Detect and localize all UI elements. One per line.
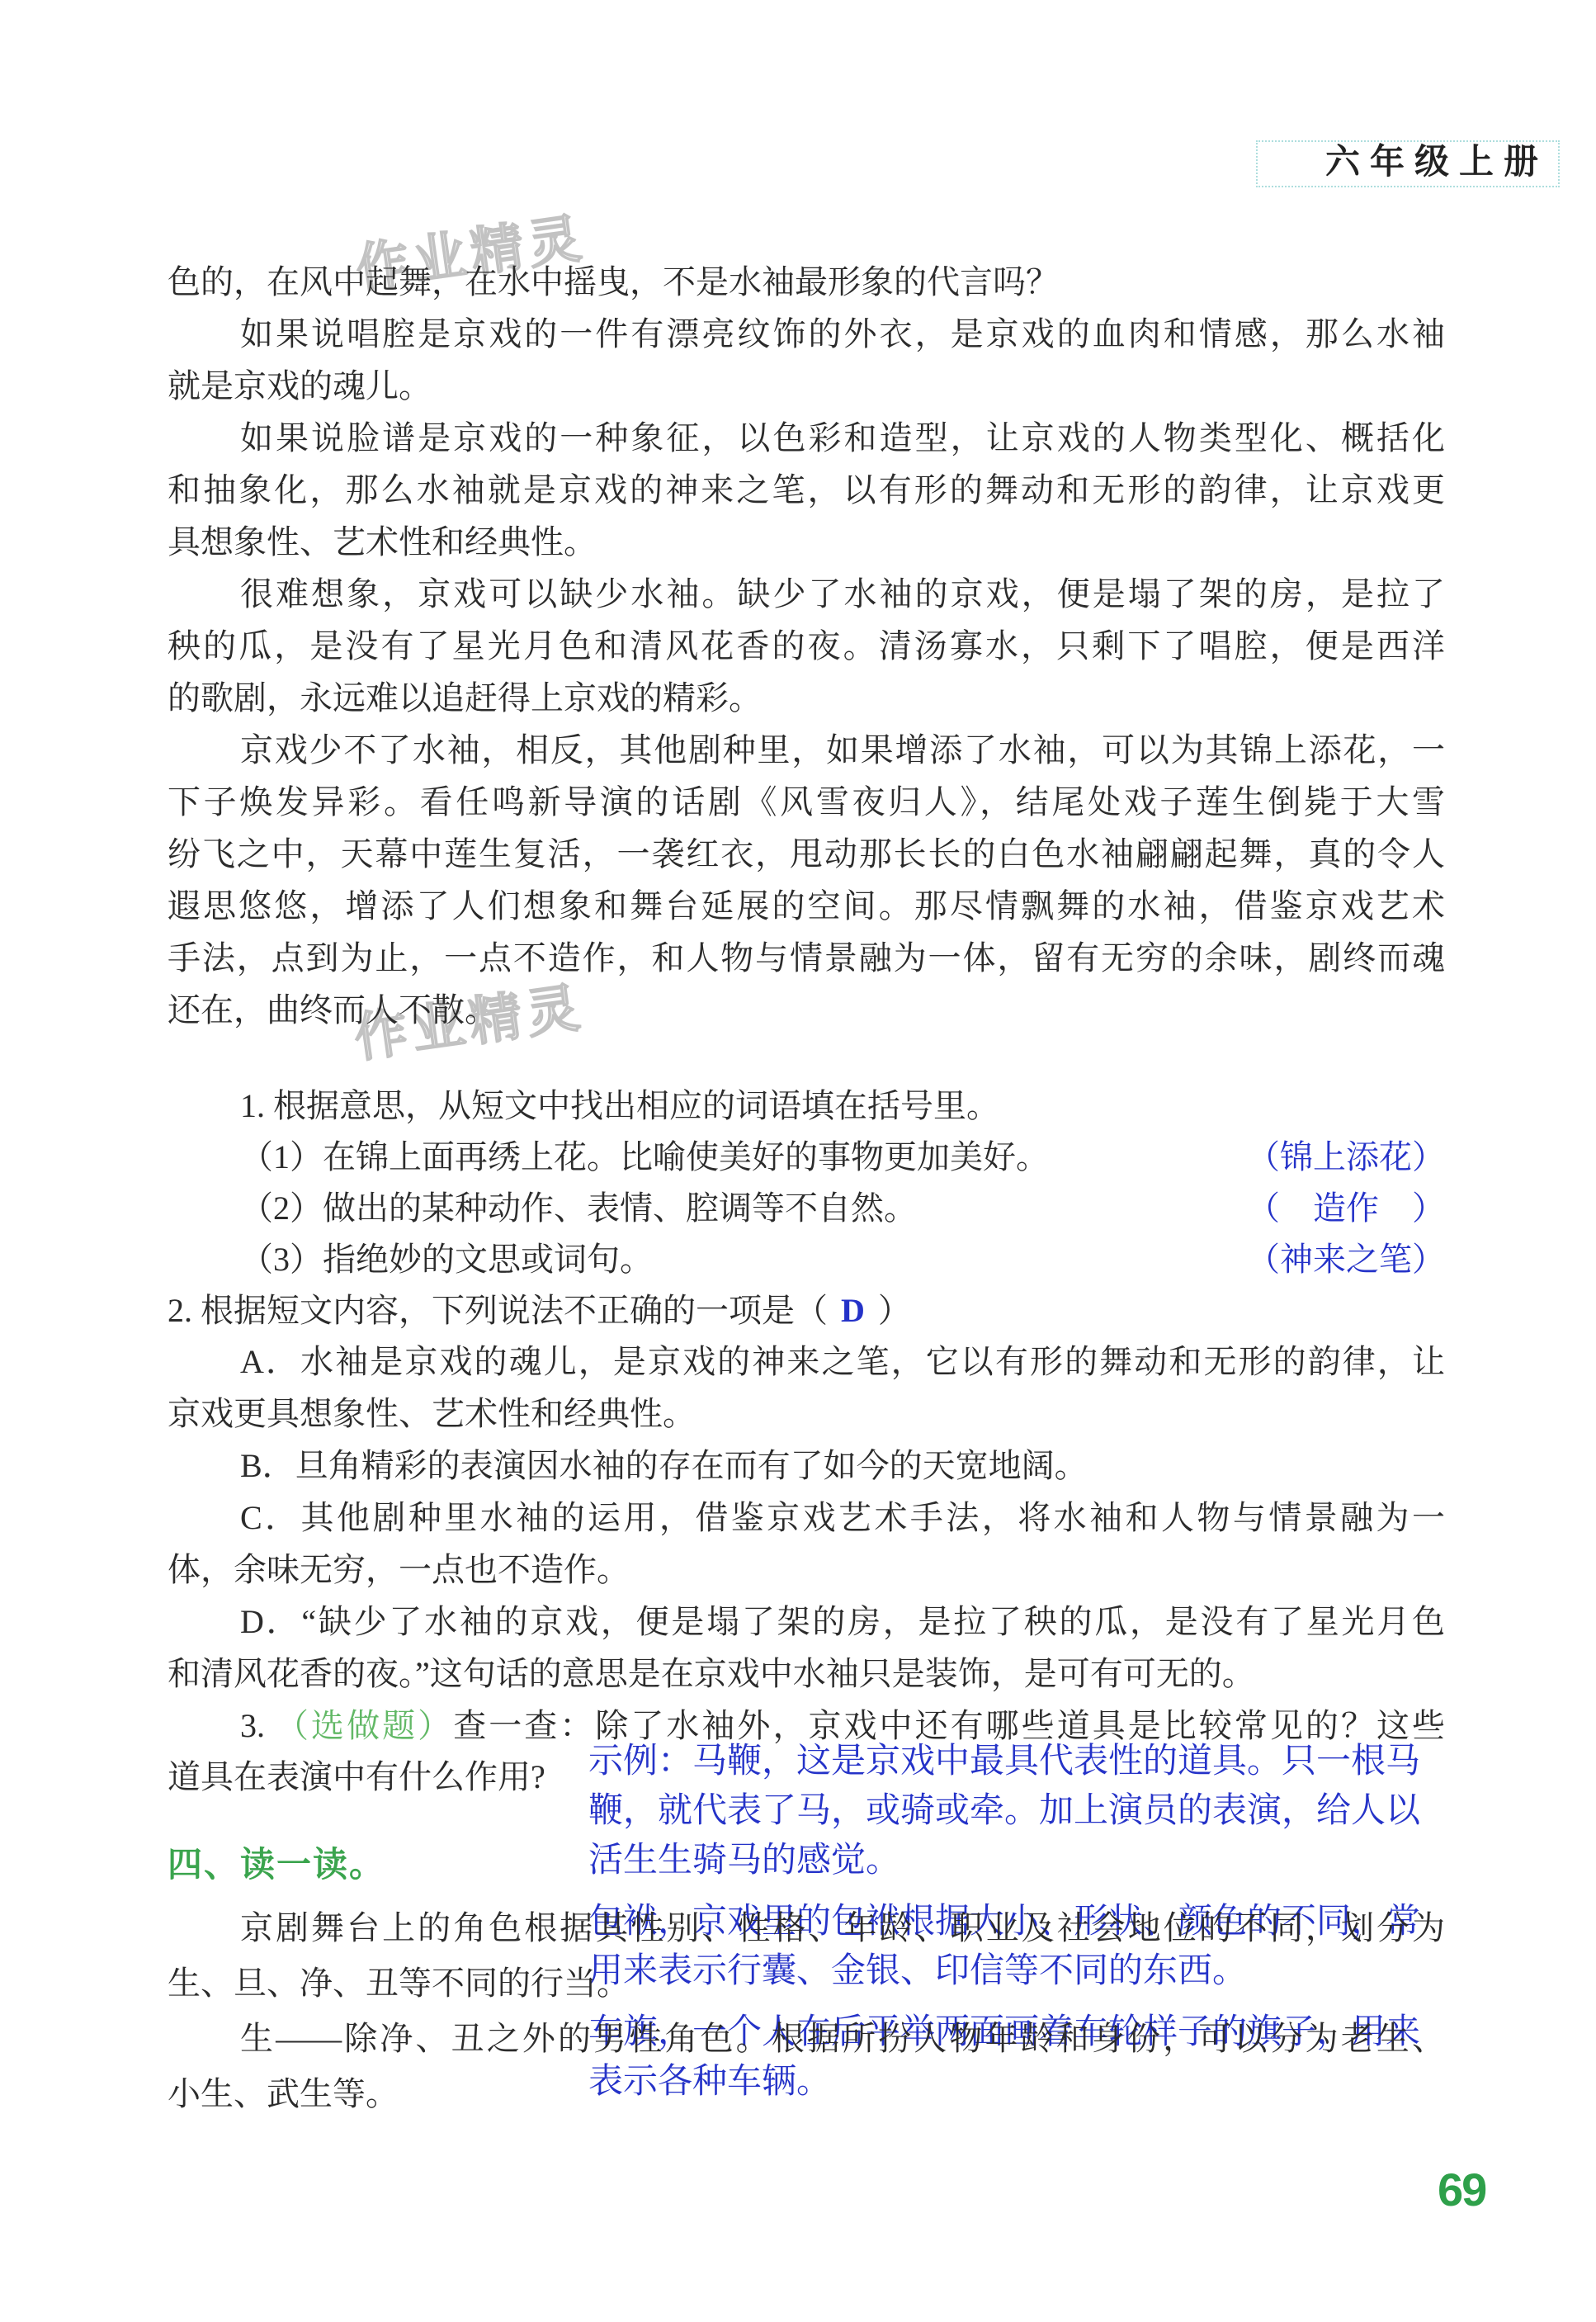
text-line: 下子焕发异彩。看任鸣新导演的话剧《风雪夜归人》，结尾处戏子莲生倒毙于大雪	[168, 783, 1445, 835]
answer-blank: （ 造作 ）	[1247, 1189, 1445, 1240]
text-line: 很难想象，京戏可以缺少水袖。缺少了水袖的京戏，便是塌了架的房，是拉了	[168, 575, 1445, 627]
text-line: 遐思悠悠，增添了人们想象和舞台延展的空间。那尽情飘舞的水袖，借鉴京戏艺术	[168, 887, 1445, 939]
definition-text: （1）在锦上面再绣上花。比喻使美好的事物更加美好。	[240, 1137, 1049, 1189]
grade-badge-box: 六年级上册	[1256, 140, 1560, 187]
text-line: 的歌剧，永远难以追赶得上京戏的精彩。	[168, 679, 1445, 731]
text-line: C．其他剧种里水袖的运用，借鉴京戏艺术手法，将水袖和人物与情景融为一	[168, 1498, 1445, 1550]
text-line: 手法，点到为止，一点不造作，和人物与情景融为一体，留有无穷的余味，剧终而魂	[168, 939, 1445, 991]
text-line: 生——除净、丑之外的男性角色。根据所扮人物年龄和身份，可以分为老生、	[168, 2019, 1445, 2074]
questions-section: 1. 根据意思，从短文中找出相应的词语填在括号里。 （1）在锦上面再绣上花。比喻…	[168, 1086, 1445, 1809]
answer-blank: （神来之笔）	[1247, 1240, 1445, 1291]
question-2-stem: 2. 根据短文内容，下列说法不正确的一项是（D）	[168, 1291, 1445, 1342]
answer-item: 示例：马鞭，这是京戏中最具代表性的道具。只一根马鞭，就代表了马，或骑或牵。加上演…	[588, 1740, 1463, 1889]
section-4-passage: 京剧舞台上的角色根据其性别、性格、年龄、职业及社会地位的不同，划分为生、旦、净、…	[168, 1908, 1445, 2130]
text-line: 生、旦、净、丑等不同的行当。	[168, 1964, 1445, 2019]
text-line: 小生、武生等。	[168, 2074, 1445, 2130]
reading-passage: 色的，在风中起舞，在水中摇曳，不是水袖最形象的代言吗？如果说唱腔是京戏的一件有漂…	[168, 262, 1445, 1043]
text-line: 体，余味无穷，一点也不造作。	[168, 1550, 1445, 1602]
text-line: A．水袖是京戏的魂儿，是京戏的神来之笔，它以有形的舞动和无形的韵律，让	[168, 1342, 1445, 1394]
section-4-title: 四、读一读。	[168, 1837, 385, 1887]
workbook-page: 六年级上册 作业精灵 作业精灵 色的，在风中起舞，在水中摇曳，不是水袖最形象的代…	[0, 0, 1596, 2322]
grade-badge-label: 六年级上册	[1325, 135, 1548, 184]
definition-row: （3）指绝妙的文思或词句。（神来之笔）	[168, 1240, 1445, 1291]
text-line: D．“缺少了水袖的京戏，便是塌了架的房，是拉了秧的瓜，是没有了星光月色	[168, 1602, 1445, 1654]
answer-line: 示例：马鞭，这是京戏中最具代表性的道具。只一根马	[588, 1740, 1463, 1790]
definition-text: （2）做出的某种动作、表情、腔调等不自然。	[240, 1189, 917, 1240]
text-line: 京戏更具想象性、艺术性和经典性。	[168, 1394, 1445, 1446]
question-2-answer: D	[828, 1292, 878, 1329]
text-line: 和抽象化，那么水袖就是京戏的神来之笔，以有形的舞动和无形的韵律，让京戏更	[168, 471, 1445, 523]
text-line: 色的，在风中起舞，在水中摇曳，不是水袖最形象的代言吗？	[168, 262, 1445, 314]
page-number: 69	[1438, 2163, 1485, 2216]
definition-row: （2）做出的某种动作、表情、腔调等不自然。（ 造作 ）	[168, 1189, 1445, 1240]
answer-line: 鞭，就代表了马，或骑或牵。加上演员的表演，给人以	[588, 1790, 1463, 1839]
text-line: 京戏少不了水袖，相反，其他剧种里，如果增添了水袖，可以为其锦上添花，一	[168, 731, 1445, 783]
answer-blank: （锦上添花）	[1247, 1137, 1445, 1189]
question-3-optional-tag: （选做题）	[276, 1707, 453, 1744]
text-line: 如果说脸谱是京戏的一种象征，以色彩和造型，让京戏的人物类型化、概括化	[168, 419, 1445, 471]
text-line: 和清风花香的夜。”这句话的意思是在京戏中水袖只是装饰，是可有可无的。	[168, 1654, 1445, 1706]
text-line: B．旦角精彩的表演因水袖的存在而有了如今的天宽地阔。	[168, 1446, 1445, 1498]
definition-row: （1）在锦上面再绣上花。比喻使美好的事物更加美好。（锦上添花）	[168, 1137, 1445, 1189]
text-line: 秧的瓜，是没有了星光月色和清风花香的夜。清汤寡水，只剩下了唱腔，便是西洋	[168, 627, 1445, 679]
text-line: 纷飞之中，天幕中莲生复活，一袭红衣，甩动那长长的白色水袖翩翩起舞，真的令人	[168, 835, 1445, 887]
question-3-number: 3.	[168, 1707, 276, 1744]
text-line: 具想象性、艺术性和经典性。	[168, 523, 1445, 575]
definition-text: （3）指绝妙的文思或词句。	[240, 1240, 653, 1291]
question-3-text: 查一查：除了水袖外，京戏中还有哪些道具是比较常见的？这些	[453, 1707, 1445, 1744]
question-2-text: 2. 根据短文内容，下列说法不正确的一项是（	[168, 1292, 828, 1329]
text-line: 京剧舞台上的角色根据其性别、性格、年龄、职业及社会地位的不同，划分为	[168, 1908, 1445, 1964]
question-2-close-paren: ）	[878, 1292, 911, 1329]
answer-line: 活生生骑马的感觉。	[588, 1839, 1463, 1889]
text-line: 如果说唱腔是京戏的一件有漂亮纹饰的外衣，是京戏的血肉和情感，那么水袖	[168, 314, 1445, 367]
text-line: 还在，曲终而人不散。	[168, 991, 1445, 1043]
text-line: 就是京戏的魂儿。	[168, 367, 1445, 419]
question-1-stem: 1. 根据意思，从短文中找出相应的词语填在括号里。	[168, 1086, 1445, 1137]
